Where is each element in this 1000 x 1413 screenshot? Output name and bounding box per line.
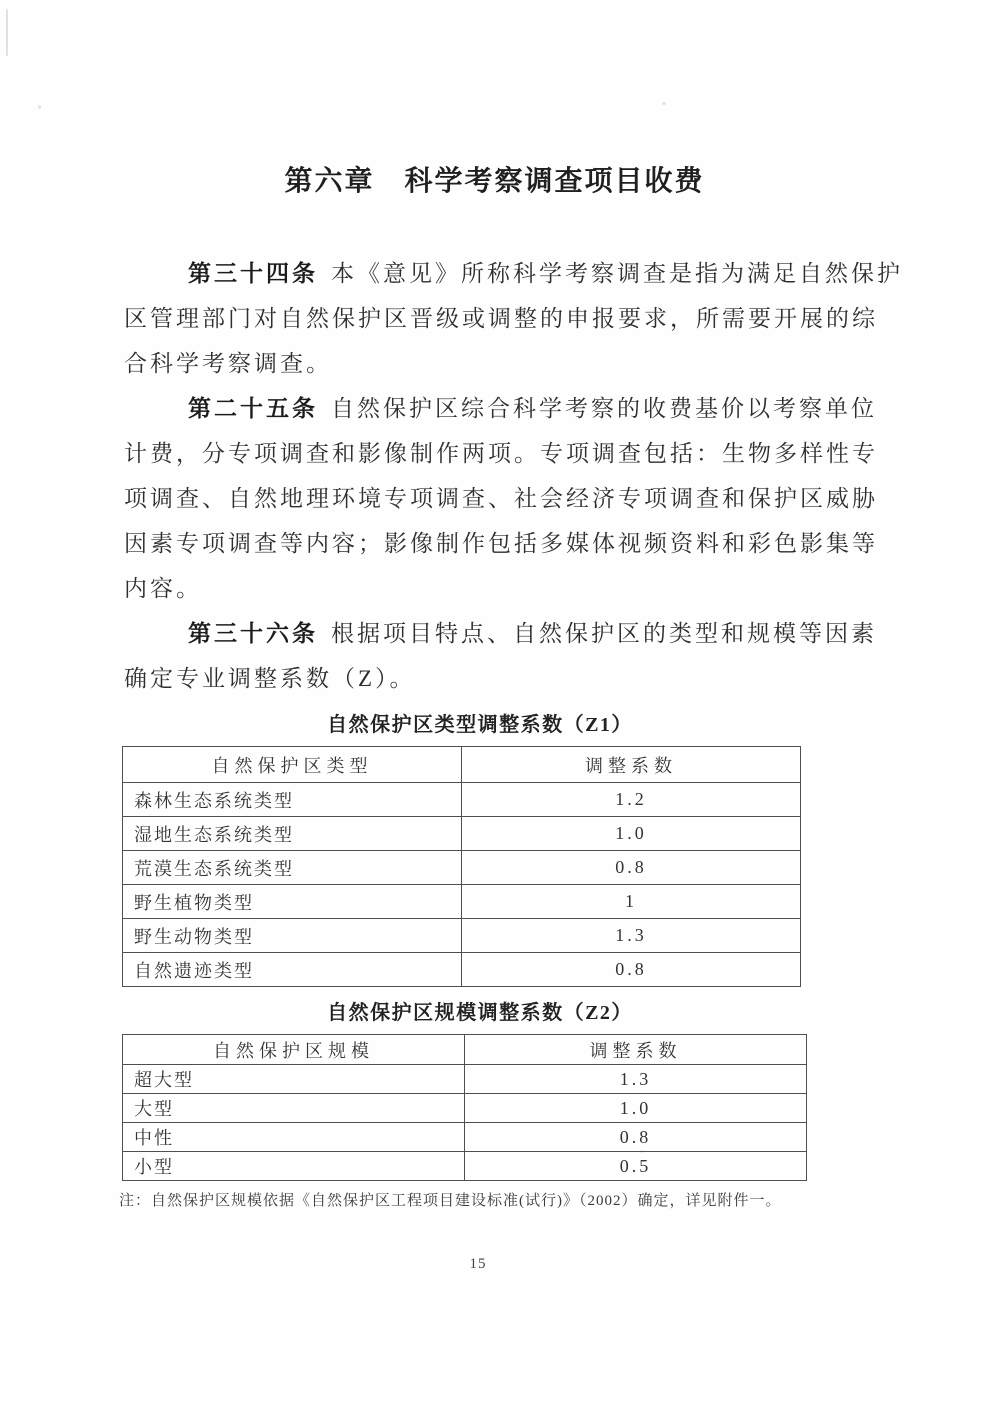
category-cell: 中性 — [123, 1123, 465, 1152]
category-cell: 小型 — [123, 1152, 465, 1181]
coefficient-cell: 1.2 — [462, 783, 801, 817]
scale-coefficient-table: 自然保护区规模调整系数超大型1.3大型1.0中性0.8小型0.5 — [122, 1034, 807, 1181]
text-line: 区管理部门对自然保护区晋级或调整的申报要求，所需要开展的综 — [124, 296, 865, 341]
table-row: 森林生态系统类型1.2 — [123, 783, 801, 817]
text-line: 因素专项调查等内容；影像制作包括多媒体视频资料和彩色影集等 — [124, 521, 865, 566]
table-row: 中性0.8 — [123, 1123, 807, 1152]
scan-edge-artifact — [6, 9, 8, 56]
coefficient-cell: 1 — [462, 885, 801, 919]
article-number: 第二十五条 — [188, 396, 318, 421]
category-cell: 湿地生态系统类型 — [123, 817, 462, 851]
coefficient-cell: 0.8 — [462, 851, 801, 885]
table-header-cell: 自然保护区规模 — [123, 1035, 465, 1065]
coefficient-cell: 1.0 — [465, 1094, 807, 1123]
paragraph-article-36: 第三十六条根据项目特点、自然保护区的类型和规模等因素确定专业调整系数（Z）。 — [124, 611, 865, 701]
coefficient-cell: 0.8 — [465, 1123, 807, 1152]
table-header-cell: 调整系数 — [465, 1035, 807, 1065]
coefficient-cell: 0.8 — [462, 953, 801, 987]
table-row: 野生动物类型1.3 — [123, 919, 801, 953]
category-cell: 超大型 — [123, 1065, 465, 1094]
table-row: 自然遗迹类型0.8 — [123, 953, 801, 987]
scan-speck — [662, 102, 666, 105]
table-row: 荒漠生态系统类型0.8 — [123, 851, 801, 885]
text-line: 合科学考察调查。 — [124, 341, 865, 386]
coefficient-table: 自然保护区类型调整系数森林生态系统类型1.2湿地生态系统类型1.0荒漠生态系统类… — [122, 746, 801, 987]
type-coefficient-table: 自然保护区类型调整系数森林生态系统类型1.2湿地生态系统类型1.0荒漠生态系统类… — [122, 746, 801, 987]
table2-title: 自然保护区规模调整系数（Z2） — [120, 1000, 840, 1026]
category-cell: 野生植物类型 — [123, 885, 462, 919]
footnote: 注：自然保护区规模依据《自然保护区工程项目建设标准(试行)》（2002）确定，详… — [119, 1190, 929, 1212]
category-cell: 荒漠生态系统类型 — [123, 851, 462, 885]
coefficient-table: 自然保护区规模调整系数超大型1.3大型1.0中性0.8小型0.5 — [122, 1034, 807, 1181]
text-line: 项调查、自然地理环境专项调查、社会经济专项调查和保护区威胁 — [124, 476, 865, 521]
document-page: 第六章 科学考察调查项目收费 第三十四条本《意见》所称科学考察调查是指为满足自然… — [0, 0, 1000, 1413]
table-row: 大型1.0 — [123, 1094, 807, 1123]
table-row: 湿地生态系统类型1.0 — [123, 817, 801, 851]
category-cell: 大型 — [123, 1094, 465, 1123]
text-line: 内容。 — [124, 566, 865, 611]
paragraph-article-25: 第二十五条自然保护区综合科学考察的收费基价以考察单位计费，分专项调查和影像制作两… — [124, 386, 865, 611]
category-cell: 森林生态系统类型 — [123, 783, 462, 817]
table-header-cell: 自然保护区类型 — [123, 747, 462, 783]
table-header-row: 自然保护区规模调整系数 — [123, 1035, 807, 1065]
article-number: 第三十六条 — [188, 621, 318, 646]
coefficient-cell: 0.5 — [465, 1152, 807, 1181]
category-cell: 野生动物类型 — [123, 919, 462, 953]
table-row: 野生植物类型1 — [123, 885, 801, 919]
table-row: 小型0.5 — [123, 1152, 807, 1181]
table-header-row: 自然保护区类型调整系数 — [123, 747, 801, 783]
chapter-title: 第六章 科学考察调查项目收费 — [124, 164, 865, 200]
text-line: 确定专业调整系数（Z）。 — [124, 656, 865, 701]
table1-title: 自然保护区类型调整系数（Z1） — [120, 712, 840, 738]
table-row: 超大型1.3 — [123, 1065, 807, 1094]
coefficient-cell: 1.0 — [462, 817, 801, 851]
page-number: 15 — [0, 1256, 956, 1273]
coefficient-cell: 1.3 — [462, 919, 801, 953]
coefficient-cell: 1.3 — [465, 1065, 807, 1094]
article-number: 第三十四条 — [188, 261, 318, 286]
text-line: 第二十五条自然保护区综合科学考察的收费基价以考察单位 — [124, 386, 865, 431]
category-cell: 自然遗迹类型 — [123, 953, 462, 987]
body-text: 第三十四条本《意见》所称科学考察调查是指为满足自然保护区管理部门对自然保护区晋级… — [124, 251, 865, 701]
text-line: 第三十六条根据项目特点、自然保护区的类型和规模等因素 — [124, 611, 865, 656]
scan-speck — [38, 105, 41, 109]
text-line: 计费，分专项调查和影像制作两项。专项调查包括：生物多样性专 — [124, 431, 865, 476]
table-header-cell: 调整系数 — [462, 747, 801, 783]
paragraph-article-34: 第三十四条本《意见》所称科学考察调查是指为满足自然保护区管理部门对自然保护区晋级… — [124, 251, 865, 386]
text-line: 第三十四条本《意见》所称科学考察调查是指为满足自然保护 — [124, 251, 865, 296]
